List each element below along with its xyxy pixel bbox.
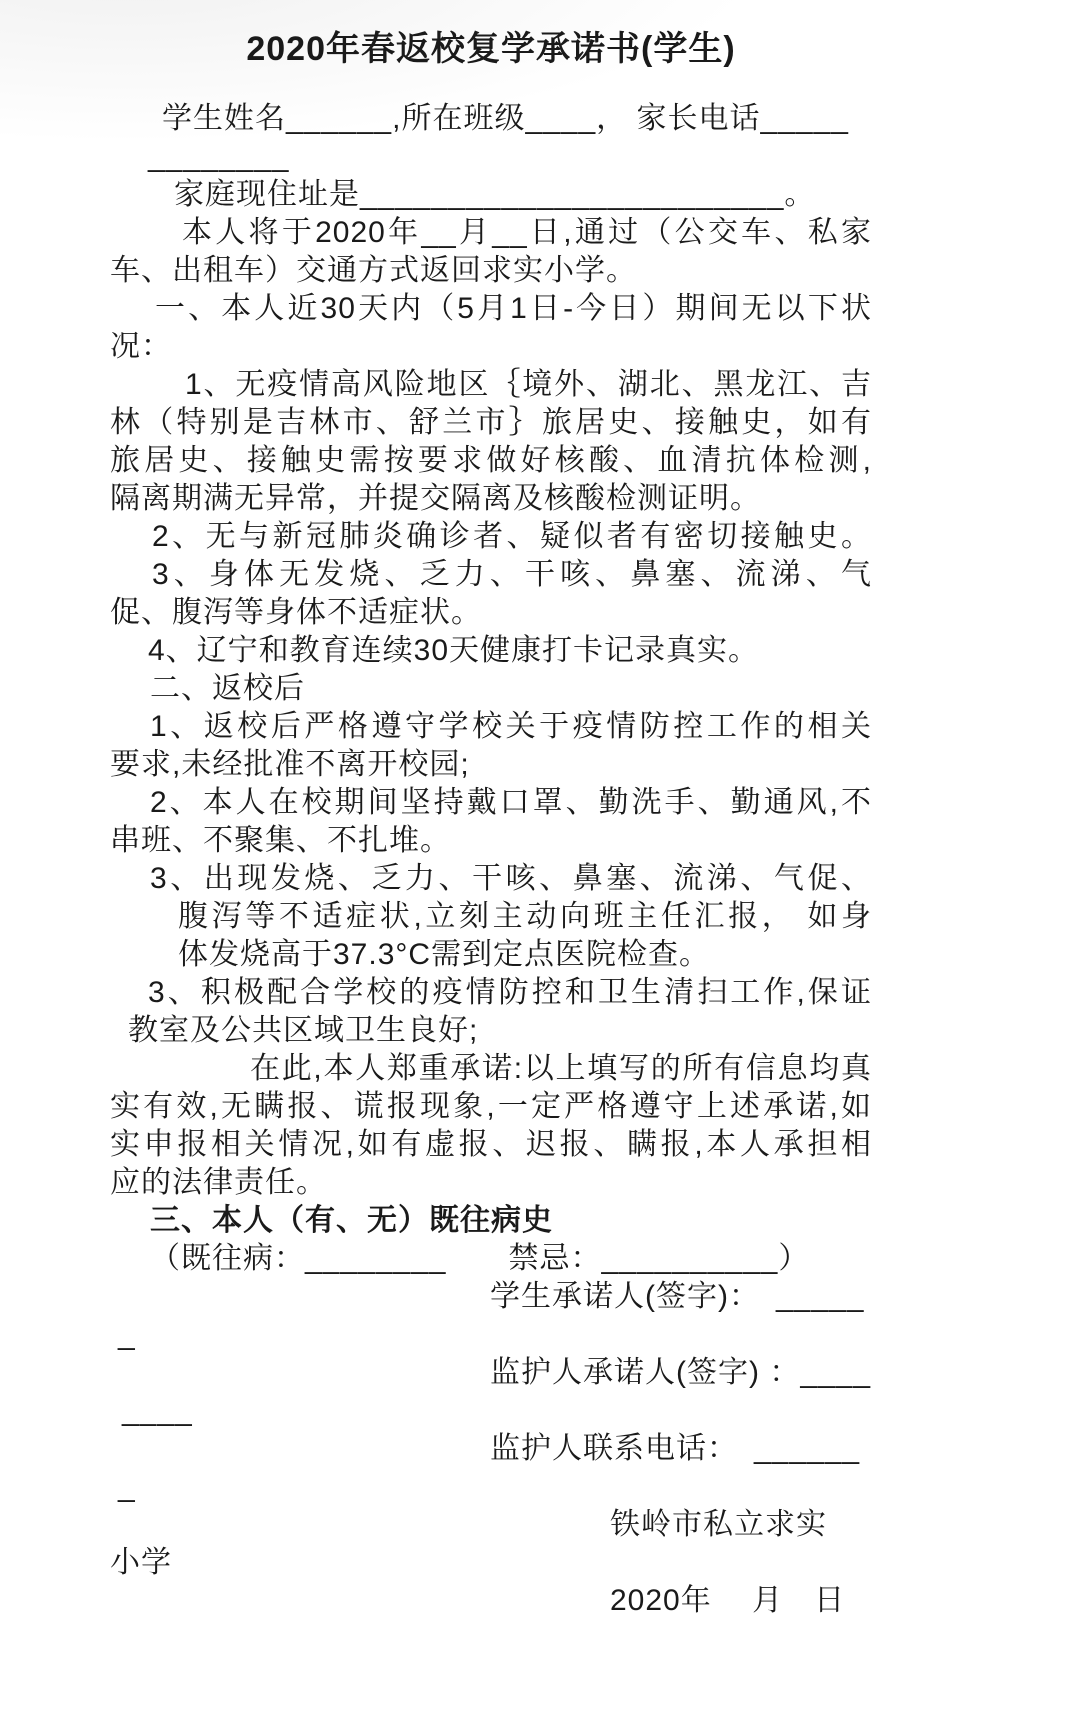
document-line: 隔离期满无异常，并提交隔离及核酸检测证明。 bbox=[110, 480, 872, 518]
document-line: 腹泻等不适症状,立刻主动向班主任汇报， 如身 bbox=[110, 898, 872, 936]
document-line: 实有效,无瞒报、谎报现象,一定严格遵守上述承诺,如 bbox=[110, 1088, 872, 1126]
document-line: 三、本人（有、无）既往病史 bbox=[110, 1202, 872, 1240]
document-line: 况： bbox=[110, 328, 872, 366]
document-line: 要求,未经批准不离开校园; bbox=[110, 746, 872, 784]
document-page: 2020年春返校复学承诺书(学生) 学生姓名______,所在班级____， 家… bbox=[0, 0, 1080, 1712]
document-line: 2020年 月 日 bbox=[110, 1582, 872, 1620]
document-line: 小学 bbox=[110, 1544, 872, 1582]
document-line: 在此,本人郑重承诺:以上填写的所有信息均真 bbox=[110, 1050, 872, 1088]
document-line: 监护人承诺人(签字) ：____ bbox=[110, 1354, 872, 1392]
document-line: 2、本人在校期间坚持戴口罩、勤洗手、勤通风,不 bbox=[110, 784, 872, 822]
document-line: 家庭现住址是________________________。 bbox=[110, 176, 872, 214]
document-line: 应的法律责任。 bbox=[110, 1164, 872, 1202]
document-line: 本人将于2020年__月__日,通过（公交车、私家 bbox=[110, 214, 872, 252]
document-body: 学生姓名______,所在班级____， 家长电话_____________家庭… bbox=[110, 100, 872, 1620]
document-line: （既往病：________ 禁忌：__________） bbox=[110, 1240, 872, 1278]
document-title: 2020年春返校复学承诺书(学生) bbox=[110, 26, 872, 72]
document-line: 学生承诺人(签字)： _____ bbox=[110, 1278, 872, 1316]
document-line: 教室及公共区域卫生良好; bbox=[110, 1012, 872, 1050]
document-line: 二、返校后 bbox=[110, 670, 872, 708]
document-line: 1、返校后严格遵守学校关于疫情防控工作的相关 bbox=[110, 708, 872, 746]
blank-line: ____ bbox=[110, 1392, 872, 1430]
document-line: 3、出现发烧、乏力、干咳、鼻塞、流涕、气促、 bbox=[110, 860, 872, 898]
document-line: 一、本人近30天内（5月1日-今日）期间无以下状 bbox=[110, 290, 872, 328]
document-line: 4、辽宁和教育连续30天健康打卡记录真实。 bbox=[110, 632, 872, 670]
document-line: 车、出租车）交通方式返回求实小学。 bbox=[110, 252, 872, 290]
document-line: 2、无与新冠肺炎确诊者、疑似者有密切接触史。 bbox=[110, 518, 872, 556]
blank-line: ________ bbox=[110, 138, 872, 176]
document-line: 3、身体无发烧、乏力、干咳、鼻塞、流涕、气 bbox=[110, 556, 872, 594]
document-line: 实申报相关情况,如有虚报、迟报、瞒报,本人承担相 bbox=[110, 1126, 872, 1164]
document-line: 铁岭市私立求实 bbox=[110, 1506, 872, 1544]
document-line: 3、积极配合学校的疫情防控和卫生清扫工作,保证 bbox=[110, 974, 872, 1012]
document-line: 串班、不聚集、不扎堆。 bbox=[110, 822, 872, 860]
document-line: 监护人联系电话： ______ bbox=[110, 1430, 872, 1468]
document-content: 2020年春返校复学承诺书(学生) 学生姓名______,所在班级____， 家… bbox=[110, 0, 872, 1620]
blank-line: _ bbox=[110, 1316, 872, 1354]
document-line: 体发烧高于37.3°C需到定点医院检查。 bbox=[110, 936, 872, 974]
document-line: 1、无疫情高风险地区｛境外、湖北、黑龙江、吉 bbox=[110, 366, 872, 404]
document-line: 林（特别是吉林市、舒兰市｝旅居史、接触史，如有 bbox=[110, 404, 872, 442]
document-line: 促、腹泻等身体不适症状。 bbox=[110, 594, 872, 632]
document-line: 旅居史、接触史需按要求做好核酸、血清抗体检测, bbox=[110, 442, 872, 480]
document-line: 学生姓名______,所在班级____， 家长电话_____ bbox=[110, 100, 872, 138]
blank-line: _ bbox=[110, 1468, 872, 1506]
